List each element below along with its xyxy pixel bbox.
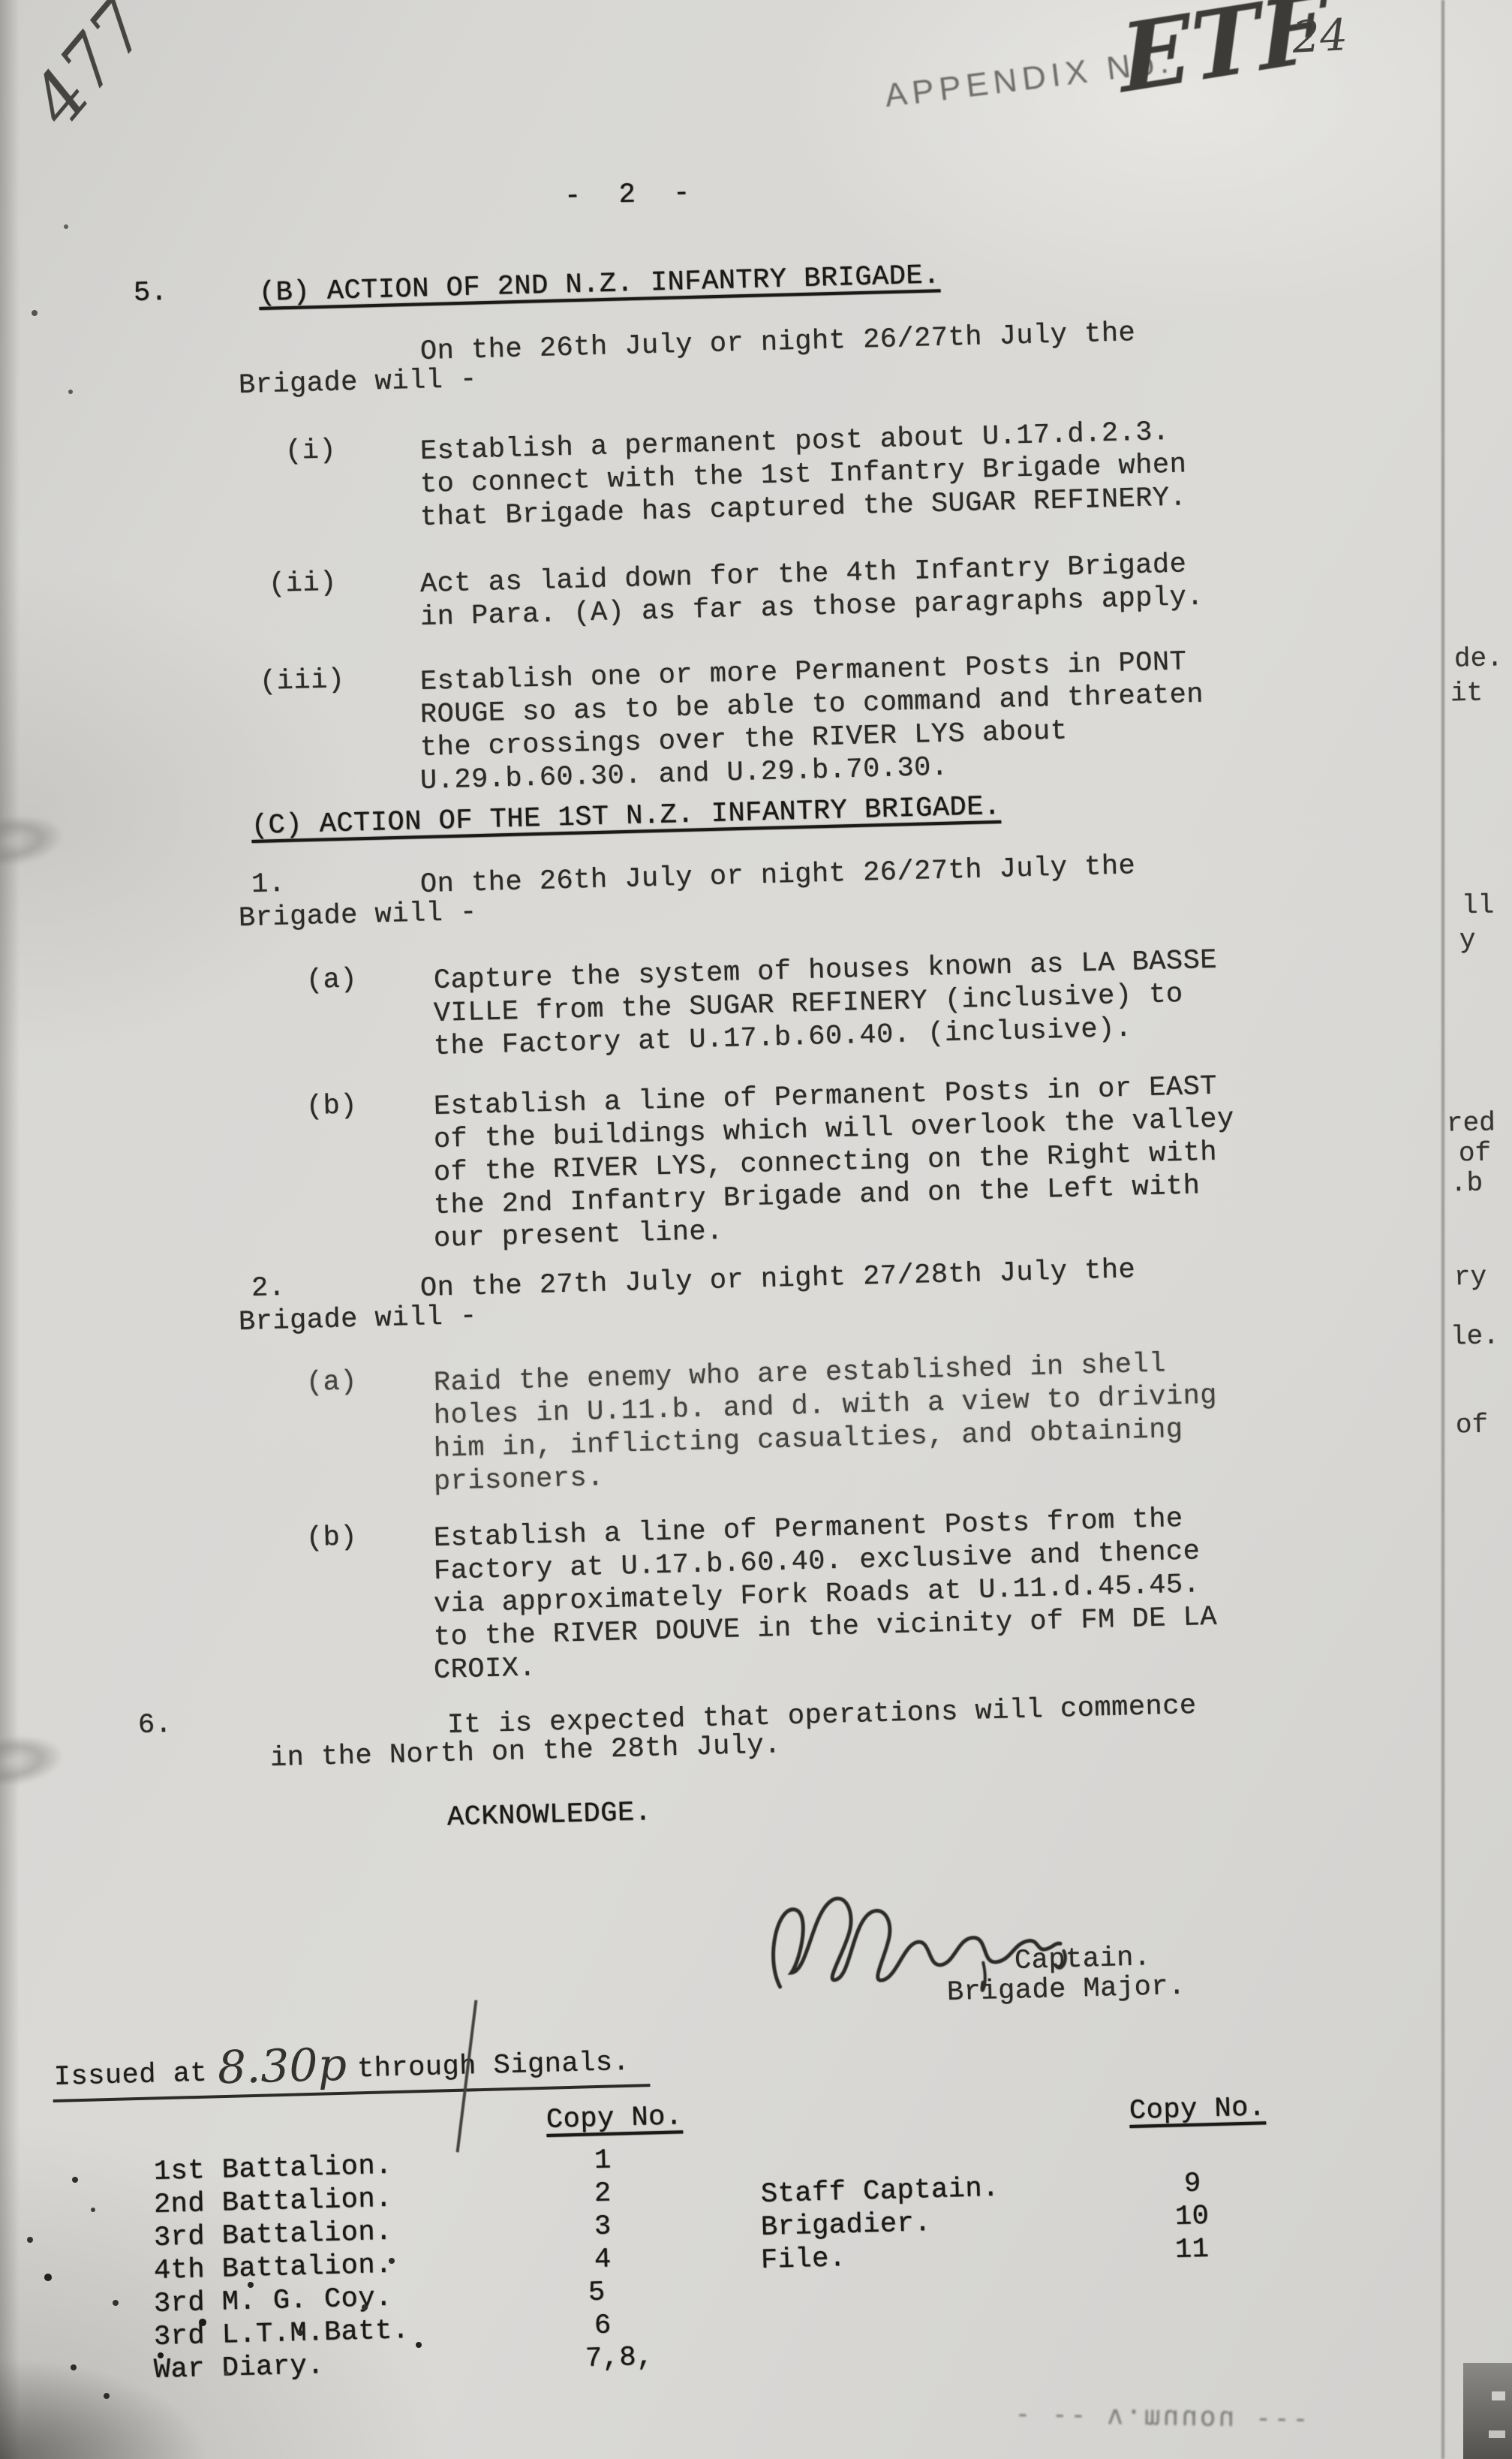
typed-line: Brigade will - xyxy=(239,898,478,933)
edge-fragment: red xyxy=(1447,1107,1496,1139)
distribution-copy-number: 4 xyxy=(594,2245,612,2274)
copy-no-header-right: Copy No. xyxy=(1129,2093,1267,2126)
edge-fragment: it xyxy=(1450,678,1483,709)
signature-title: Brigade Major. xyxy=(947,1973,1186,2007)
item-label: (i) xyxy=(285,436,337,466)
typed-line: Brigade will - xyxy=(239,366,478,400)
copy-no-header-left: Copy No. xyxy=(546,2102,684,2135)
paper-chip xyxy=(1492,2391,1505,2400)
distribution-name: Brigadier. xyxy=(761,2209,932,2242)
bottom-right-dark-strip xyxy=(1463,2363,1512,2459)
appendix-number: 24 xyxy=(1291,9,1348,63)
distribution-name: 4th Battalion. xyxy=(154,2251,393,2286)
paragraph-number: 6. xyxy=(138,1711,173,1740)
left-edge-shadow xyxy=(0,0,20,2459)
issued-time-handwritten: 8.30p xyxy=(218,2054,347,2079)
typed-line: On the 27th July or night 27/28th July t… xyxy=(420,1256,1136,1303)
distribution-name: Staff Captain. xyxy=(761,2175,1000,2209)
punch-hole-mark xyxy=(0,1730,66,1790)
distribution-copy-number: 3 xyxy=(594,2212,612,2241)
edge-fragment: of xyxy=(1459,1138,1492,1169)
typed-line: in the North on the 28th July. xyxy=(270,1731,782,1773)
distribution-copy-number: 10 xyxy=(1175,2202,1210,2232)
typed-line: On the 26th July or night 26/27th July t… xyxy=(420,852,1136,899)
fold-crease-line xyxy=(1441,0,1444,2459)
item-label: (iii) xyxy=(260,666,345,697)
distribution-name: 2nd Battalion. xyxy=(154,2185,393,2220)
paragraph-number: 1. xyxy=(251,870,286,899)
distribution-copy-number: 2 xyxy=(594,2179,612,2208)
section-heading: (B) ACTION OF 2ND N.Z. INFANTRY BRIGADE. xyxy=(259,261,941,308)
section-heading: (C) ACTION OF THE 1ST N.Z. INFANTRY BRIG… xyxy=(251,793,1002,841)
distribution-copy-number: 9 xyxy=(1184,2169,1202,2199)
issued-prefix: Issued at xyxy=(53,2058,207,2093)
handwritten-folio-number: 477 xyxy=(15,0,164,141)
scanned-document-page: 477 APPENDIX No. ETF 24 - 2 - 5. (B) ACT… xyxy=(0,0,1512,2459)
punch-hole-mark xyxy=(0,810,66,870)
paragraph-number: 2. xyxy=(251,1274,286,1303)
acknowledge-line: ACKNOWLEDGE. xyxy=(447,1798,652,1832)
distribution-copy-number: 1 xyxy=(594,2146,612,2175)
section-number: 5. xyxy=(134,278,168,308)
distribution-copy-number: 7,8, xyxy=(585,2343,654,2373)
edge-fragment: .b xyxy=(1450,1168,1483,1199)
edge-fragment: le. xyxy=(1450,1320,1500,1352)
issued-suffix: through Signals. xyxy=(357,2047,630,2085)
edge-fragment: of xyxy=(1456,1410,1489,1441)
paper-chip xyxy=(1489,2430,1505,2438)
bleed-through-text: - -- v.muuou --- xyxy=(1015,2401,1311,2437)
item-label: (a) xyxy=(306,1368,358,1398)
edge-fragment: de. xyxy=(1454,643,1504,674)
typed-line: CROIX. xyxy=(434,1654,537,1685)
ink-speckles xyxy=(0,0,3,3)
typed-line: prisoners. xyxy=(434,1464,605,1497)
typed-line: Brigade will - xyxy=(239,1302,478,1337)
item-label: (b) xyxy=(306,1091,358,1121)
distribution-name: 3rd L.T.M.Batt. xyxy=(154,2316,410,2352)
typed-line: our present line. xyxy=(434,1217,724,1254)
typed-line: It is expected that operations will comm… xyxy=(447,1692,1198,1740)
signature-rank: Captain. xyxy=(1015,1943,1152,1976)
item-label: (a) xyxy=(306,965,358,995)
issued-line: Issued at 8.30p through Signals. xyxy=(52,2042,650,2102)
distribution-name: File. xyxy=(761,2244,846,2275)
edge-fragment: ll xyxy=(1462,890,1495,922)
distribution-name: 3rd M. G. Coy. xyxy=(154,2284,393,2319)
item-label: (b) xyxy=(306,1523,358,1553)
distribution-name: 1st Battalion. xyxy=(154,2152,393,2187)
distribution-copy-number: 6 xyxy=(594,2311,612,2340)
typed-line: On the 26th July or night 26/27th July t… xyxy=(420,319,1136,366)
distribution-copy-number: 5 xyxy=(588,2278,606,2307)
edge-fragment: y xyxy=(1459,925,1476,956)
item-label: (ii) xyxy=(269,569,338,599)
page-number: - 2 - xyxy=(564,179,692,211)
bottom-left-shadow xyxy=(0,2349,225,2459)
distribution-copy-number: 11 xyxy=(1175,2235,1210,2265)
distribution-name: 3rd Battalion. xyxy=(154,2218,393,2253)
edge-fragment: ry xyxy=(1454,1262,1487,1293)
